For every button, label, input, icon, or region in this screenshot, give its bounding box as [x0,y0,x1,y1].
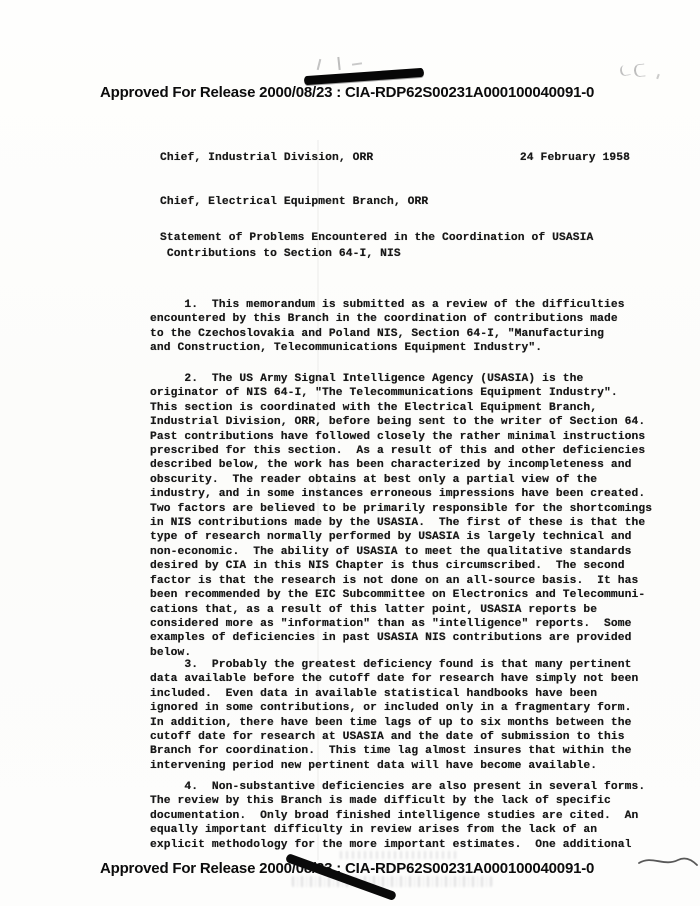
pencil-marks [633,63,645,77]
pencil-marks [337,57,340,70]
memo-paragraph-4: 4. Non-substantive deficiencies are also… [150,780,645,852]
pencil-marks [656,74,660,79]
redaction-mark-top [304,68,424,85]
memo-paragraph-3: 3. Probably the greatest deficiency foun… [150,658,638,773]
pencil-marks [352,62,362,65]
header-approval-stamp: Approved For Release 2000/08/23 : CIA-RD… [100,84,594,101]
ink-squiggle [638,852,698,870]
memo-date: 24 February 1958 [520,151,630,165]
memo-subject: Statement of Problems Encountered in the… [160,231,593,262]
memo-heading-row: Chief, Industrial Division, ORR 24 Febru… [160,151,630,165]
faded-stamp-ghost [340,851,460,859]
memo-recipient: Chief, Industrial Division, ORR [160,151,373,165]
memo-paragraph-1: 1. This memorandum is submitted as a rev… [150,298,625,356]
pencil-marks [317,59,322,70]
pencil-marks [619,64,631,77]
scanned-memo-page: Approved For Release 2000/08/23 : CIA-RD… [0,0,700,906]
memo-from: Chief, Electrical Equipment Branch, ORR [160,195,428,209]
faded-stamp-ghost [292,876,492,887]
memo-paragraph-2: 2. The US Army Signal Intelligence Agenc… [150,372,652,660]
